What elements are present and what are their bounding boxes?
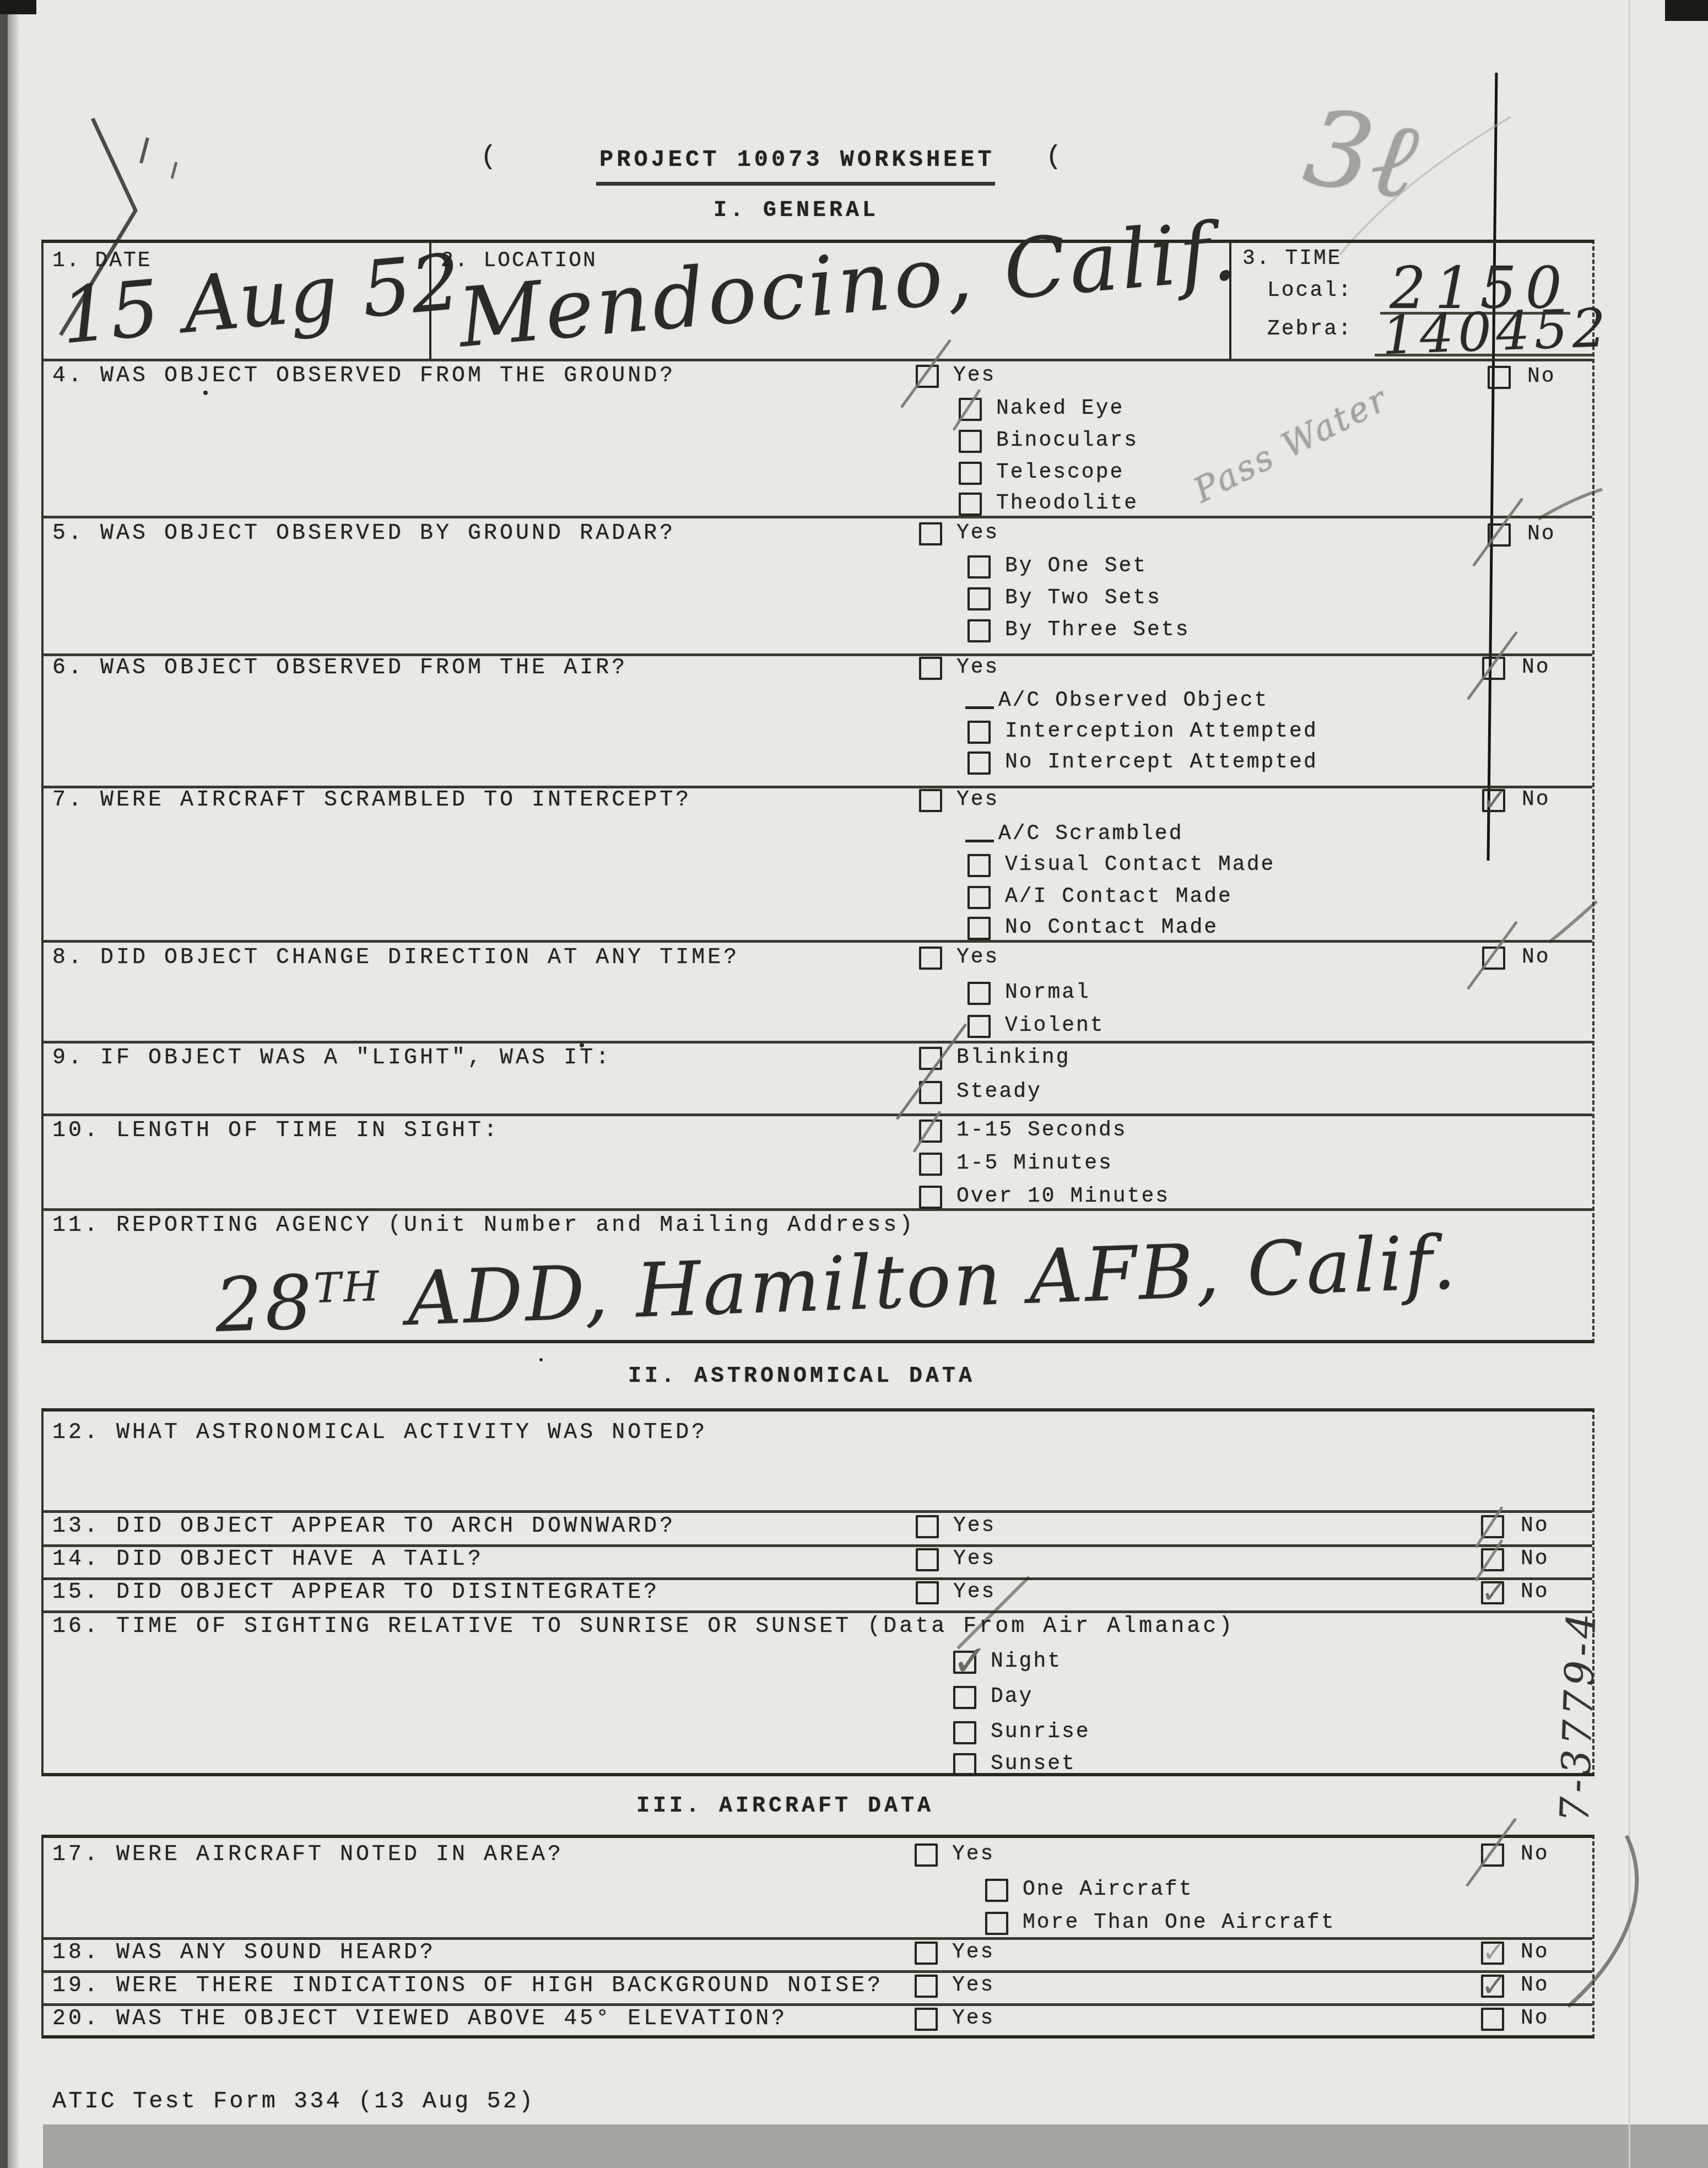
checkbox-q17-no[interactable] — [1481, 1843, 1504, 1867]
question-text-q4: 4. WAS OBJECT OBSERVED FROM THE GROUND? — [52, 364, 675, 388]
checkbox-q9-option-0[interactable] — [919, 1047, 942, 1070]
checkbox-q7-yes[interactable] — [919, 789, 942, 812]
label-q17-no: No — [1521, 1842, 1549, 1866]
question-text-q6: 6. WAS OBJECT OBSERVED FROM THE AIR? — [52, 656, 628, 680]
checkbox-q8-option-1[interactable] — [967, 1015, 991, 1038]
label-q16-option-3: Sunset — [991, 1752, 1076, 1776]
label-q14-no: No — [1521, 1547, 1549, 1571]
checkbox-q18-no[interactable]: ✓ — [1481, 1942, 1504, 1965]
checkbox-q4-option-0[interactable] — [959, 398, 982, 421]
question-text-q18: 18. WAS ANY SOUND HEARD? — [52, 1940, 436, 1965]
checkbox-q13-yes[interactable] — [916, 1515, 939, 1538]
label-q7-option-0: A/C Scrambled — [998, 822, 1183, 846]
paren-mark-right: ( — [1046, 142, 1064, 172]
label-q16-option-2: Sunrise — [991, 1720, 1090, 1744]
checkbox-q7-option-3[interactable] — [967, 917, 991, 940]
label-q16-option-0: Night — [991, 1650, 1062, 1673]
row-divider — [44, 940, 1592, 943]
checkbox-q5-yes[interactable] — [919, 522, 942, 545]
pencil-page-number: 3ℓ — [1297, 86, 1425, 224]
label-q6-option-1: Interception Attempted — [1005, 720, 1318, 743]
row-divider — [44, 1970, 1592, 1973]
checkbox-q19-no[interactable]: ✓ — [1481, 1975, 1504, 1998]
label-q15-yes: Yes — [953, 1580, 996, 1604]
label-q14-yes: Yes — [953, 1547, 996, 1571]
question-text-q20: 20. WAS THE OBJECT VIEWED ABOVE 45° ELEV… — [52, 2007, 787, 2031]
form-number-footer: ATIC Test Form 334 (13 Aug 52) — [52, 2088, 535, 2115]
question-text-q11: 11. REPORTING AGENCY (Unit Number and Ma… — [52, 1213, 915, 1238]
checkbox-q10-option-1[interactable] — [919, 1153, 942, 1176]
label-q7-option-3: No Contact Made — [1005, 916, 1218, 939]
page-title: PROJECT 10073 WORKSHEET — [599, 147, 995, 173]
label-q10-option-2: Over 10 Minutes — [956, 1185, 1170, 1208]
question-text-q8: 8. DID OBJECT CHANGE DIRECTION AT ANY TI… — [52, 945, 739, 970]
label-q18-yes: Yes — [952, 1940, 994, 1964]
label-q4-yes: Yes — [953, 364, 996, 387]
label-q4-no: No — [1527, 365, 1556, 388]
label-q4-option-1: Binoculars — [996, 429, 1138, 452]
ink-tick-mark-2 — [172, 162, 176, 179]
label-q19-no: No — [1521, 1974, 1549, 1997]
label-q19-yes: Yes — [952, 1974, 994, 1997]
checkbox-q9-option-1[interactable] — [919, 1081, 942, 1104]
checkbox-q5-no[interactable] — [1488, 523, 1511, 547]
question-text-q15: 15. DID OBJECT APPEAR TO DISINTEGRATE? — [52, 1580, 660, 1605]
checkbox-q8-no[interactable] — [1482, 947, 1505, 970]
label-q17-option-0: One Aircraft — [1023, 1878, 1193, 1901]
checkbox-q10-option-0[interactable] — [919, 1120, 942, 1143]
checkbox-q7-no[interactable]: ✓ — [1482, 789, 1505, 812]
label-q20-no: No — [1521, 2007, 1549, 2030]
label-q8-no: No — [1522, 945, 1550, 969]
row-divider — [44, 1510, 1592, 1513]
section-astronomical: II. ASTRONOMICAL DATA — [628, 1364, 975, 1389]
checkbox-q5-option-1[interactable] — [967, 587, 991, 610]
row-divider — [44, 1113, 1592, 1116]
checkbox-q4-no[interactable] — [1488, 366, 1511, 389]
label-q15-no: No — [1521, 1580, 1549, 1604]
question-text-q12: 12. WHAT ASTRONOMICAL ACTIVITY WAS NOTED… — [52, 1420, 707, 1445]
label-q6-option-0: A/C Observed Object — [998, 689, 1268, 712]
checkbox-q7-option-1[interactable] — [967, 854, 991, 877]
ink-speck — [539, 1358, 543, 1361]
label-q7-option-2: A/I Contact Made — [1005, 885, 1233, 909]
blank-line-q6-option-0 — [965, 706, 994, 709]
label-q7-option-1: Visual Contact Made — [1005, 853, 1275, 877]
checkbox-q4-option-1[interactable] — [959, 430, 982, 453]
question-text-q9: 9. IF OBJECT WAS A "LIGHT", WAS IT: — [52, 1046, 612, 1071]
checkbox-q4-option-3[interactable] — [959, 493, 982, 516]
checkbox-q16-option-2[interactable] — [953, 1721, 976, 1744]
label-q6-no: No — [1522, 656, 1550, 679]
agency-number: 28 — [214, 1259, 316, 1349]
label-q8-option-0: Normal — [1005, 981, 1090, 1004]
checkbox-q6-no[interactable] — [1482, 657, 1505, 680]
ink-tick-mark — [141, 138, 148, 163]
label-q13-yes: Yes — [953, 1514, 996, 1538]
row-divider — [44, 516, 1592, 518]
question-text-q16: 16. TIME OF SIGHTING RELATIVE TO SUNRISE… — [52, 1614, 1235, 1639]
label-q7-no: No — [1522, 788, 1550, 812]
label-q5-option-0: By One Set — [1005, 554, 1147, 578]
label-q4-option-0: Naked Eye — [996, 397, 1124, 420]
checkbox-q8-option-0[interactable] — [967, 982, 991, 1005]
label-q20-yes: Yes — [952, 2007, 994, 2030]
label-q5-option-2: By Three Sets — [1005, 618, 1190, 642]
checkbox-q10-option-2[interactable] — [919, 1186, 942, 1209]
checkbox-q6-option-2[interactable] — [967, 751, 991, 775]
checkbox-q5-option-2[interactable] — [967, 619, 991, 642]
question-text-q7: 7. WERE AIRCRAFT SCRAMBLED TO INTERCEPT? — [52, 788, 691, 813]
checkbox-q4-option-2[interactable] — [959, 462, 982, 485]
time-zebra-label: Zebra: — [1267, 317, 1353, 341]
checkbox-q15-no[interactable]: ✓ — [1481, 1581, 1504, 1604]
section-aircraft: III. AIRCRAFT DATA — [636, 1794, 934, 1819]
checkbox-q15-yes[interactable] — [916, 1581, 939, 1604]
label-q6-yes: Yes — [956, 656, 999, 679]
time-local-label: Local: — [1267, 279, 1353, 302]
label-q8-option-1: Violent — [1005, 1014, 1105, 1037]
label-q17-option-1: More Than One Aircraft — [1023, 1911, 1336, 1934]
row-divider — [44, 1937, 1592, 1940]
label-q5-option-1: By Two Sets — [1005, 586, 1161, 610]
blank-line-q7-option-0 — [965, 840, 994, 842]
checkbox-q20-yes[interactable] — [915, 2008, 938, 2031]
label-q10-option-0: 1-15 Seconds — [956, 1118, 1127, 1142]
label-q9-option-1: Steady — [956, 1080, 1042, 1104]
label-q6-option-2: No Intercept Attempted — [1005, 750, 1318, 774]
agency-ordinal: TH — [313, 1262, 382, 1312]
row-divider — [44, 1041, 1592, 1044]
question-text-q17: 17. WERE AIRCRAFT NOTED IN AREA? — [52, 1842, 564, 1867]
question-text-q5: 5. WAS OBJECT OBSERVED BY GROUND RADAR? — [52, 521, 675, 546]
label-q8-yes: Yes — [956, 945, 999, 969]
label-q10-option-1: 1-5 Minutes — [956, 1151, 1113, 1175]
row-divider — [44, 359, 1592, 361]
label-q9-option-0: Blinking — [956, 1046, 1070, 1069]
row-divider — [44, 2003, 1592, 2006]
label-q17-yes: Yes — [952, 1842, 994, 1866]
checkbox-q17-yes[interactable] — [915, 1843, 938, 1867]
label-q13-no: No — [1521, 1514, 1549, 1538]
checkbox-q20-no[interactable] — [1481, 2008, 1504, 2031]
checkbox-q6-option-1[interactable] — [967, 721, 991, 744]
time-zebra-underline — [1375, 354, 1592, 356]
checkbox-q18-yes[interactable] — [915, 1942, 938, 1965]
checkbox-q16-option-1[interactable] — [953, 1686, 976, 1709]
row-divider — [44, 1208, 1592, 1211]
label-q18-no: No — [1521, 1940, 1549, 1964]
checkbox-q5-option-0[interactable] — [967, 555, 991, 579]
label-q4-option-2: Telescope — [996, 461, 1124, 484]
label-q5-yes: Yes — [956, 521, 999, 545]
label-q7-yes: Yes — [956, 788, 999, 812]
checkbox-q16-option-3[interactable] — [953, 1753, 976, 1776]
row-divider — [44, 1610, 1592, 1613]
checkbox-q14-yes[interactable] — [916, 1548, 939, 1571]
checkbox-q17-option-1[interactable] — [985, 1912, 1008, 1935]
checkbox-q14-no[interactable] — [1481, 1548, 1504, 1571]
label-q5-no: No — [1527, 522, 1556, 546]
checkbox-q19-yes[interactable] — [915, 1975, 938, 1998]
label-q4-option-3: Theodolite — [996, 491, 1138, 515]
checkbox-q13-no[interactable] — [1481, 1515, 1504, 1538]
question-text-q10: 10. LENGTH OF TIME IN SIGHT: — [52, 1118, 500, 1143]
question-text-q13: 13. DID OBJECT APPEAR TO ARCH DOWNWARD? — [52, 1514, 675, 1539]
question-text-q14: 14. DID OBJECT HAVE A TAIL? — [52, 1547, 484, 1572]
checkbox-q8-yes[interactable] — [919, 947, 942, 970]
question-text-q19: 19. WERE THERE INDICATIONS OF HIGH BACKG… — [52, 1974, 883, 1998]
title-underline — [596, 182, 995, 186]
label-q16-option-1: Day — [991, 1685, 1033, 1709]
section-general: I. GENERAL — [714, 198, 879, 223]
checkbox-q17-option-0[interactable] — [985, 1879, 1008, 1902]
checkbox-q16-option-0[interactable]: ✓ — [953, 1651, 976, 1674]
scanned-worksheet-page: PROJECT 10073 WORKSHEET ( ( I. GENERAL 3… — [0, 0, 1708, 2168]
checkbox-q7-option-2[interactable] — [967, 886, 991, 909]
checkbox-q4-yes[interactable] — [916, 365, 939, 388]
time-label: 3. TIME — [1242, 247, 1342, 271]
paren-mark-left: ( — [480, 142, 499, 172]
checkbox-q6-yes[interactable] — [919, 657, 942, 680]
